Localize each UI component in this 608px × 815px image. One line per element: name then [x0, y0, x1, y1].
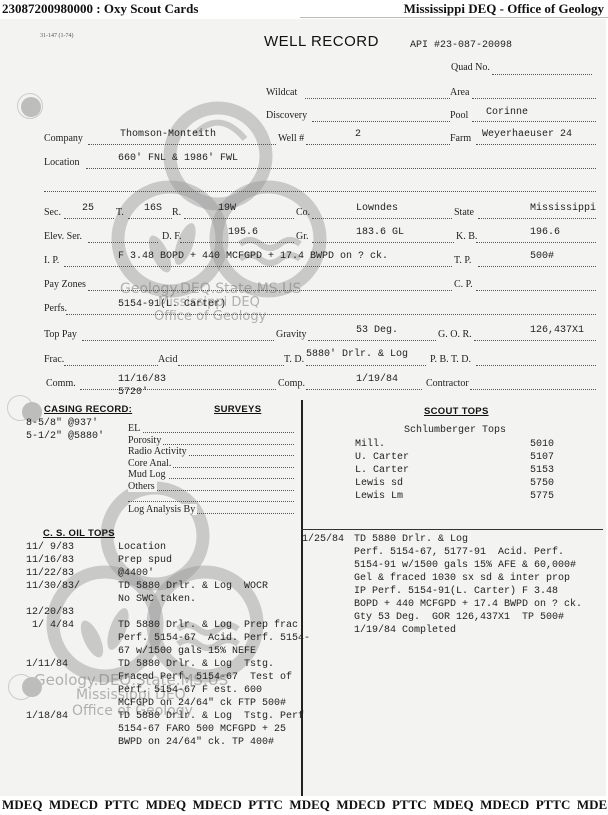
wildcat-field [305, 98, 450, 99]
quad-no-field [492, 74, 592, 75]
discovery-label: Discovery [266, 110, 307, 121]
log-entry: 11/30/83/TD 5880 Drlr. & Log WOCR [26, 580, 301, 593]
section-value: 25 [82, 203, 94, 214]
form-title: WELL RECORD [264, 33, 379, 50]
cs-oil-tops-log: 11/ 9/83Location 11/16/83Prep spud 11/22… [26, 541, 301, 749]
watermark-office: Office of Geology [154, 309, 266, 324]
section-field [64, 218, 114, 219]
log-entry-continued: Perf. 5154-67 Acid. Perf. 5154- [26, 632, 301, 645]
area-label: Area [450, 87, 469, 98]
total-depth-value: 5880' Drlr. & Log [306, 349, 408, 360]
log-entry: 11/22/83@4400' [26, 567, 301, 580]
log-entry-continued: No SWC taken. [26, 593, 301, 606]
pbtd-label: P. B. T. D. [430, 354, 471, 365]
initial-potential-label: I. P. [44, 255, 59, 266]
schlumberger-tops-subheading: Schlumberger Tops [404, 425, 506, 436]
tubing-pressure-field [478, 266, 596, 267]
farm-value: Weyerhaeuser 24 [482, 129, 572, 140]
location-field [86, 168, 596, 169]
derrick-floor-value: 195.6 [228, 227, 258, 238]
log-entry-continued: BWPD on 24/64" ck. TP 400# [26, 736, 301, 749]
top-pay-label: Top Pay [44, 329, 77, 340]
initial-potential-field [64, 266, 452, 267]
header-rule [300, 17, 608, 18]
area-field [472, 98, 596, 99]
total-depth-label: T. D. [284, 354, 304, 365]
company-label: Company [44, 133, 83, 144]
township-value: 16S [144, 203, 162, 214]
acid-label: Acid [158, 354, 177, 365]
township-label: T. [116, 207, 124, 218]
top-pay-field [82, 340, 274, 341]
perfs-label: Perfs. [44, 303, 67, 314]
location-field-line-2 [44, 191, 596, 192]
acid-field [178, 365, 284, 366]
state-field [478, 218, 596, 219]
gas-oil-ratio-value: 126,437X1 [530, 325, 584, 336]
range-value: 19W [218, 203, 236, 214]
pool-value: Corinne [486, 107, 528, 118]
location-label: Location [44, 157, 80, 168]
log-entry: 1/18/84TD 5880 Drlr. & Log Tstg. Perf [26, 710, 301, 723]
log-entry-continued: Perf. 5154-67 F est. 600 [26, 684, 301, 697]
scout-top-row: U. Carter5107 [355, 451, 555, 464]
county-value: Lowndes [356, 203, 398, 214]
township-field [128, 218, 172, 219]
gas-oil-ratio-field [474, 340, 596, 341]
pay-zones-label: Pay Zones [44, 279, 86, 290]
pool-label: Pool [450, 110, 468, 121]
section-label: Sec. [44, 207, 61, 218]
surveys-heading: SURVEYS [214, 404, 261, 415]
commenced-depth-value: 5720' [118, 387, 148, 398]
completed-field [306, 389, 422, 390]
pay-zones-field [88, 290, 452, 291]
log-entry-continued: 67 w/1500 gals 15% NEFE [26, 645, 301, 658]
company-value: Thomson-Monteith [120, 129, 216, 140]
completed-value: 1/19/84 [356, 374, 398, 385]
derrick-floor-label: D. F. [162, 231, 181, 242]
survey-item-core-anal: Core Anal. [128, 458, 294, 470]
log-entry-continued: Gty 53 Deg. GOR 126,437X1 TP 500# [302, 611, 602, 624]
derrick-floor-field [180, 242, 294, 243]
elev-ser-label: Elev. Ser. [44, 231, 82, 242]
tubing-pressure-label: T. P. [454, 255, 471, 266]
contractor-label: Contractor [426, 378, 469, 389]
range-label: R. [172, 207, 181, 218]
log-entry-continued: 5154-67 FARO 500 MCFGPD + 25 [26, 723, 301, 736]
ground-value: 183.6 GL [356, 227, 404, 238]
log-entry-continued: 1/19/84 Completed [302, 624, 602, 637]
pbtd-field [476, 365, 596, 366]
casing-record-line: 8-5/8" @937' [26, 417, 104, 430]
log-entry: 11/ 9/83Location [26, 541, 301, 554]
well-number-label: Well # [278, 133, 304, 144]
page-header: 23087200980000 : Oxy Scout Cards Mississ… [0, 0, 608, 18]
log-entry: 11/16/83Prep spud [26, 554, 301, 567]
county-label: Co. [296, 207, 310, 218]
well-number-value: 2 [355, 129, 361, 140]
right-column-log: 1/25/84TD 5880 Drlr. & Log Perf. 5154-67… [302, 533, 602, 637]
perfs-field [66, 314, 596, 315]
tubing-pressure-value: 500# [530, 251, 554, 262]
kelly-bushing-field [476, 242, 596, 243]
frac-label: Frac. [44, 354, 64, 365]
state-value: Mississippi [530, 203, 596, 214]
discovery-field [312, 121, 450, 122]
casing-pressure-label: C. P. [454, 279, 473, 290]
ground-field [312, 242, 454, 243]
survey-item-blank [128, 492, 294, 504]
agency-title: Mississippi DEQ - Office of Geology [404, 1, 604, 17]
log-entry-continued: BOPD + 440 MCFGPD + 17.4 BWPD on ? ck. [302, 598, 602, 611]
gas-oil-ratio-label: G. O. R. [438, 329, 472, 340]
range-field [184, 218, 294, 219]
log-entry-continued: 5154-91 w/1500 gals 15% AFE & 60,000# [302, 559, 602, 572]
scanned-well-record-card: Geology.DEQ.State.MS.US Mississippi DEQ … [0, 19, 606, 796]
farm-field [476, 144, 596, 145]
commenced-value: 11/16/83 [118, 374, 166, 385]
casing-record-list: 8-5/8" @937' 5-1/2" @5880' [26, 417, 104, 443]
log-entry-continued: Gel & fraced 1030 sx sd & inter prop [302, 572, 602, 585]
casing-pressure-field [476, 290, 596, 291]
gravity-value: 53 Deg. [356, 325, 398, 336]
frac-field [64, 365, 158, 366]
log-entry: 1/ 4/84TD 5880 Drlr. & Log Prep frac [26, 619, 301, 632]
log-entry: 1/11/84TD 5880 Drlr. & Log Tstg. [26, 658, 301, 671]
kelly-bushing-value: 196.6 [530, 227, 560, 238]
log-entry: 12/20/83 [26, 606, 301, 619]
wildcat-label: Wildcat [266, 87, 297, 98]
survey-item-radio-activity: Radio Activity [128, 446, 294, 458]
log-entry-continued: Fraced Perf. 5154-67 Test of [26, 671, 301, 684]
cs-oil-tops-heading: C. S. OIL TOPS [43, 528, 115, 539]
scout-top-row: L. Carter5153 [355, 464, 555, 477]
ground-label: Gr. [296, 231, 309, 242]
survey-item-porosity: Porosity [128, 435, 294, 447]
log-entry-continued: IP Perf. 5154-91(L. Carter) F 3.48 [302, 585, 602, 598]
perfs-value: 5154-91(L. Carter) [118, 299, 226, 310]
casing-record-heading: CASING RECORD: [44, 404, 132, 415]
scout-top-row: Lewis Lm5775 [355, 490, 555, 503]
scout-tops-heading: SCOUT TOPS [424, 406, 489, 417]
total-depth-field [306, 365, 426, 366]
scout-tops-table: Mill.5010 U. Carter5107 L. Carter5153 Le… [355, 438, 555, 503]
scout-top-row: Mill.5010 [355, 438, 555, 451]
punch-hole-top [21, 97, 41, 117]
well-number-field [306, 144, 450, 145]
survey-item-el: EL [128, 423, 294, 435]
surveys-list: EL Porosity Radio Activity Core Anal. Mu… [128, 423, 294, 515]
casing-record-line: 5-1/2" @5880' [26, 430, 104, 443]
completed-label: Comp. [278, 378, 305, 389]
gravity-field [308, 340, 436, 341]
pool-field [472, 121, 596, 122]
commenced-field [80, 389, 276, 390]
elev-ser-field [88, 242, 158, 243]
state-label: State [454, 207, 474, 218]
commenced-label: Comm. [46, 378, 76, 389]
survey-item-mud-log: Mud Log [128, 469, 294, 481]
initial-potential-value: F 3.48 BOPD + 440 MCFGPD + 17.4 BWPD on … [118, 251, 388, 262]
right-section-divider [301, 529, 603, 530]
log-entry: 1/25/84TD 5880 Drlr. & Log [302, 533, 602, 546]
farm-label: Farm [450, 133, 471, 144]
contractor-field [470, 389, 596, 390]
document-id-title: 23087200980000 : Oxy Scout Cards [2, 1, 198, 17]
scout-top-row: Lewis sd5750 [355, 477, 555, 490]
gravity-label: Gravity [276, 329, 307, 340]
location-value: 660' FNL & 1986' FWL [118, 153, 238, 164]
quad-no-label: Quad No. [451, 62, 490, 73]
log-entry-continued: Perf. 5154-67, 5177-91 Acid. Perf. [302, 546, 602, 559]
company-field [88, 144, 276, 145]
survey-item-others: Others [128, 481, 294, 493]
log-entry-continued: MCFGPD on 24/64" ck FTP 500# [26, 697, 301, 710]
api-number: API #23-087-20098 [410, 40, 512, 51]
kelly-bushing-label: K. B. [456, 231, 477, 242]
page-footer: MDEQ MDECD PTTC MDEQ MDECD PTTC MDEQ MDE… [0, 797, 608, 815]
form-number: 31-147 (1-74) [40, 33, 74, 39]
county-field [312, 218, 452, 219]
survey-item-log-analysis-by: Log Analysis By [128, 504, 294, 516]
